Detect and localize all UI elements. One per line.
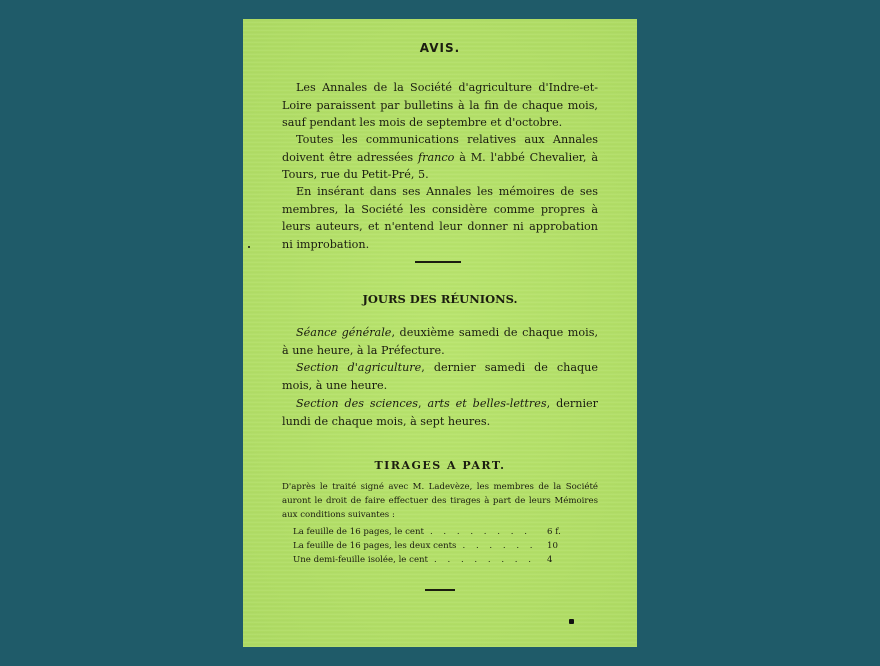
avis-paragraph-3: En insérant dans ses Annales les mémoire… bbox=[282, 183, 598, 253]
price-value: 10 bbox=[547, 539, 583, 553]
price-label: Une demi-feuille isolée, le cent bbox=[293, 553, 428, 567]
tirages-intro-text: D'après le traité signé avec M. Ladevèze… bbox=[282, 482, 598, 520]
price-leader-dots: . . . . . . . . bbox=[428, 553, 547, 567]
reunion-item-2: Section d'agriculture, dernier samedi de… bbox=[282, 359, 598, 394]
avis-paragraph-2: Toutes les communications relatives aux … bbox=[282, 131, 598, 184]
avis-paragraph-1-text: Les Annales de la Société d'agriculture … bbox=[282, 81, 598, 129]
price-leader-dots: . . . . . . . . bbox=[424, 525, 547, 539]
avis-paragraph-1: Les Annales de la Société d'agriculture … bbox=[282, 79, 598, 132]
reunion-item-1-name: Séance générale bbox=[296, 326, 391, 339]
avis-title: AVIS. bbox=[243, 41, 637, 55]
price-row: Une demi-feuille isolée, le cent . . . .… bbox=[293, 553, 583, 567]
tirages-intro: D'après le traité signé avec M. Ladevèze… bbox=[282, 480, 598, 522]
price-label: La feuille de 16 pages, les deux cents bbox=[293, 539, 456, 553]
reunion-item-1: Séance générale, deuxième samedi de chaq… bbox=[282, 324, 598, 359]
reunion-item-3-name-2: arts et belles-lettres bbox=[427, 397, 546, 410]
avis-paragraph-3-text: En insérant dans ses Annales les mémoire… bbox=[282, 185, 598, 251]
tirages-title: TIRAGES A PART. bbox=[243, 459, 637, 472]
reunion-item-2-name: Section d'agriculture bbox=[296, 361, 421, 374]
reunions-title: JOURS DES RÉUNIONS. bbox=[243, 292, 637, 306]
avis-paragraph-2-italic: franco bbox=[418, 151, 454, 164]
price-label: La feuille de 16 pages, le cent bbox=[293, 525, 424, 539]
price-value: 6 f. bbox=[547, 525, 583, 539]
price-value: 4 bbox=[547, 553, 583, 567]
price-leader-dots: . . . . . . bbox=[456, 539, 547, 553]
price-row: La feuille de 16 pages, le cent . . . . … bbox=[293, 525, 583, 539]
reunion-item-3: Section des sciences, arts et belles-let… bbox=[282, 395, 598, 430]
ink-speck bbox=[248, 246, 250, 248]
price-row: La feuille de 16 pages, les deux cents .… bbox=[293, 539, 583, 553]
reunion-item-3-name: Section des sciences bbox=[296, 397, 418, 410]
ink-speck bbox=[569, 619, 574, 624]
end-ornament bbox=[425, 589, 455, 591]
document-page: AVIS. Les Annales de la Société d'agricu… bbox=[243, 19, 637, 647]
section-divider bbox=[415, 261, 461, 263]
